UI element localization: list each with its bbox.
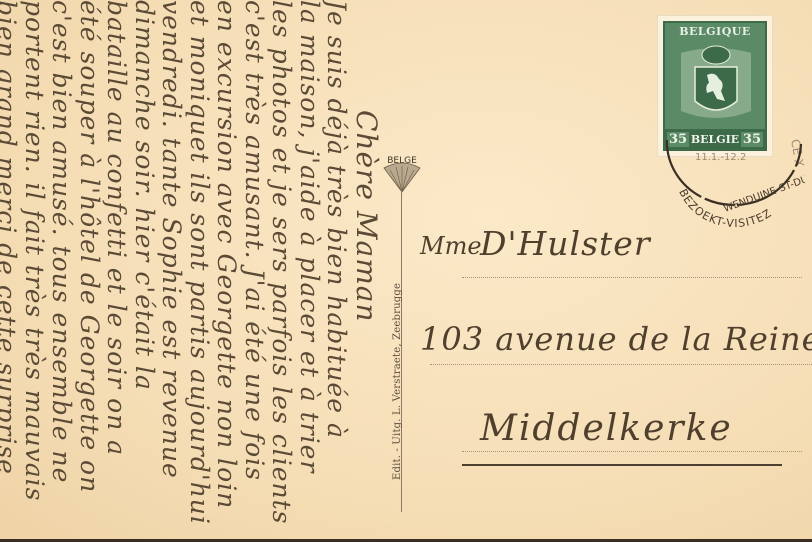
address-rule <box>430 363 812 365</box>
address-title: Mme <box>420 232 482 260</box>
postcard: Chère Maman Je suis déjà très bien habit… <box>0 0 812 542</box>
message-line: bataille au confetti et le soir on a <box>103 0 131 542</box>
address-name: D'Hulster <box>480 224 651 263</box>
address-street: 103 avenue de la Reine <box>420 320 812 358</box>
svg-text:CE X: CE X <box>788 138 805 168</box>
message-line: c'est très amusant. J'ai été une fois <box>241 0 269 542</box>
message-line: en excursion avec Georgette non loin <box>213 0 241 542</box>
stamp-country: BELGIQUE <box>665 25 765 38</box>
message-line: été souper à l'hôtel de Georgette on <box>76 0 104 542</box>
message-line: dimanche soir. hier c'était la <box>131 0 159 542</box>
address-rule <box>462 276 802 278</box>
belge-logo-icon: BELGE <box>376 152 428 194</box>
address-rule <box>462 450 802 452</box>
message-line: les photos et je sers parfois les client… <box>268 0 296 542</box>
svg-text:11.1.-12.2: 11.1.-12.2 <box>695 152 746 163</box>
publisher-imprint: Edit. - Uitg. L. Verstraete, Zeebrugge <box>392 283 403 480</box>
address-city: Middelkerke <box>480 408 733 449</box>
message-greeting: Chère Maman <box>353 0 381 542</box>
message-line: vendredi. tante Sophie est revenue <box>158 0 186 542</box>
message-line: c'est bien amusé. tous ensemble ne <box>48 0 76 542</box>
handwritten-message: Chère Maman Je suis déjà très bien habit… <box>0 0 380 542</box>
svg-text:BELGE: BELGE <box>387 156 417 166</box>
postmark-icon: BEZOEKT-VISITEZ 11.1.-12.2 WENDUINE-ST-D… <box>655 100 805 232</box>
message-line: et moniquet ils sont partis aujourd'hui <box>186 0 214 542</box>
message-line: bien grand merci de cette surprise <box>0 0 21 542</box>
city-underline <box>462 464 782 466</box>
message-line: la maison, j'aide à placer et à trier <box>296 0 324 542</box>
message-line: Je suis déjà très bien habituée à <box>323 0 351 542</box>
message-line: portent rien. il fait très très mauvais <box>21 0 49 542</box>
